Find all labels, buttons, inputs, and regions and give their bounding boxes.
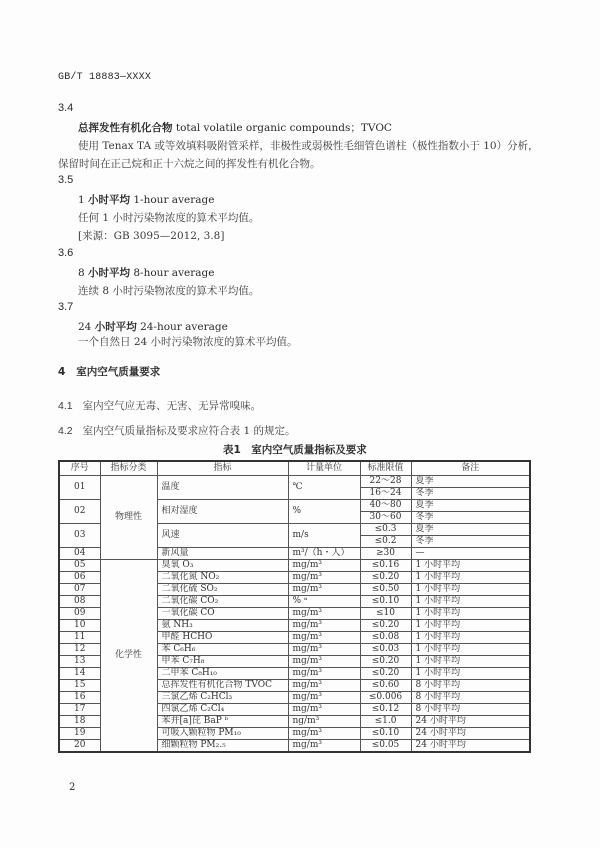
clause-number: 4.2 bbox=[58, 425, 73, 437]
cell-no: 02 bbox=[59, 500, 100, 524]
cell-note: 1 小时平均 bbox=[411, 644, 530, 656]
cell-unit: mg/m³ bbox=[288, 632, 360, 644]
cell-unit: mg/m³ bbox=[288, 620, 360, 632]
cell-note: 夏季 bbox=[411, 500, 530, 512]
cell-unit: mg/m³ bbox=[288, 656, 360, 668]
cell-note: 8 小时平均 bbox=[411, 704, 530, 716]
cell-indicator: 氨 NH₃ bbox=[157, 620, 288, 632]
cell-indicator: 二氧化硫 SO₂ bbox=[157, 584, 288, 596]
cell-no: 20 bbox=[59, 740, 100, 753]
term-en: 24-hour average bbox=[140, 321, 228, 333]
cell-limit: ≤0.006 bbox=[360, 692, 411, 704]
term-3-7: 24 小时平均 24-hour average bbox=[78, 319, 228, 334]
cell-unit: mg/m³ bbox=[288, 740, 360, 753]
term-prefix: 1 bbox=[78, 194, 85, 206]
cell-no: 14 bbox=[59, 668, 100, 680]
cell-unit: m/s bbox=[288, 524, 360, 548]
cell-no: 07 bbox=[59, 584, 100, 596]
cell-unit: ng/m³ bbox=[288, 716, 360, 728]
cell-note: 1 小时平均 bbox=[411, 560, 530, 572]
cell-indicator: 二氧化氮 NO₂ bbox=[157, 572, 288, 584]
term-en: 8-hour average bbox=[133, 267, 214, 279]
cell-no: 10 bbox=[59, 620, 100, 632]
definition-line-2: 保留时间在正己烷和正十六烷之间的挥发性有机化合物。 bbox=[58, 156, 321, 171]
section-title: 室内空气质量要求 bbox=[76, 366, 160, 378]
cell-unit: mg/m³ bbox=[288, 608, 360, 620]
cell-limit: ≤0.08 bbox=[360, 632, 411, 644]
term-prefix: 8 bbox=[78, 267, 85, 279]
term-3-5: 1 小时平均 1-hour average bbox=[78, 192, 214, 207]
header-indicator: 指标 bbox=[157, 461, 288, 476]
cell-limit: ≤0.05 bbox=[360, 740, 411, 753]
cell-unit: mg/m³ bbox=[288, 560, 360, 572]
cell-indicator: 甲醛 HCHO bbox=[157, 632, 288, 644]
cell-no: 13 bbox=[59, 656, 100, 668]
section-heading-4: 4 室内空气质量要求 bbox=[58, 364, 160, 379]
cell-note: 1 小时平均 bbox=[411, 596, 530, 608]
cell-indicator: 二氧化碳 CO₂ bbox=[157, 596, 288, 608]
table-row: 05 化学性 臭氧 O₃ mg/m³ ≤0.16 1 小时平均 bbox=[59, 560, 530, 572]
cell-note: 1 小时平均 bbox=[411, 632, 530, 644]
definition-3-6: 连续 8 小时污染物浓度的算术平均值。 bbox=[78, 283, 259, 298]
cell-note: 24 小时平均 bbox=[411, 716, 530, 728]
clause-text: 室内空气应无毒、无害、无异常嗅味。 bbox=[83, 400, 262, 412]
cell-no: 08 bbox=[59, 596, 100, 608]
section-number: 4 bbox=[58, 366, 65, 378]
cell-limit: ≤0.03 bbox=[360, 644, 411, 656]
clause-4-2: 4.2 室内空气质量指标及要求应符合表 1 的规定。 bbox=[58, 423, 295, 438]
cell-note: 夏季 bbox=[411, 476, 530, 488]
cell-note: 1 小时平均 bbox=[411, 608, 530, 620]
cell-indicator: 相对湿度 bbox=[157, 500, 288, 524]
term-cn: 总挥发性有机化合物 bbox=[78, 122, 173, 134]
term-en: 1-hour average bbox=[133, 194, 214, 206]
table-caption: 表1 室内空气质量指标及要求 bbox=[223, 442, 367, 457]
cell-indicator: 甲苯 C₇H₈ bbox=[157, 656, 288, 668]
cell-note: 1 小时平均 bbox=[411, 656, 530, 668]
document-code-header: GB/T 18883—XXXX bbox=[58, 72, 151, 83]
cell-unit: m³/（h・人） bbox=[288, 548, 360, 560]
cell-note: — bbox=[411, 548, 530, 560]
cell-indicator: 苯 C₆H₆ bbox=[157, 644, 288, 656]
clause-number-3-7: 3.7 bbox=[58, 301, 73, 313]
table-row: 01 物理性 温度 ℃ 22～28 夏季 bbox=[59, 476, 530, 488]
clause-number: 4.1 bbox=[58, 400, 73, 412]
clause-text: 室内空气质量指标及要求应符合表 1 的规定。 bbox=[83, 425, 296, 437]
cell-no: 11 bbox=[59, 632, 100, 644]
cell-limit: ≤0.60 bbox=[360, 680, 411, 692]
cell-unit: % ᵃ bbox=[288, 596, 360, 608]
cell-indicator: 三氯乙烯 C₂HCl₃ bbox=[157, 692, 288, 704]
clause-number-3-4: 3.4 bbox=[58, 102, 73, 114]
cell-note: 1 小时平均 bbox=[411, 572, 530, 584]
cell-note: 冬季 bbox=[411, 512, 530, 524]
cell-limit: ≤0.12 bbox=[360, 704, 411, 716]
cell-indicator: 可吸入颗粒物 PM₁₀ bbox=[157, 728, 288, 740]
cell-limit: ≤0.10 bbox=[360, 596, 411, 608]
definition-3-7: 一个自然日 24 小时污染物浓度的算术平均值。 bbox=[78, 334, 298, 349]
header-no: 序号 bbox=[59, 461, 100, 476]
cell-no: 17 bbox=[59, 704, 100, 716]
cell-indicator: 臭氧 O₃ bbox=[157, 560, 288, 572]
source-3-5: [来源：GB 3095—2012, 3.8] bbox=[78, 228, 224, 243]
cell-no: 04 bbox=[59, 548, 100, 560]
air-quality-table: 序号 指标分类 指标 计量单位 标准限值 备注 01 物理性 温度 ℃ 22～2… bbox=[58, 460, 531, 753]
cell-unit: mg/m³ bbox=[288, 728, 360, 740]
cell-limit: ≤0.3 bbox=[360, 524, 411, 536]
cell-no: 05 bbox=[59, 560, 100, 572]
term-prefix: 24 bbox=[78, 321, 91, 333]
cell-limit: ≤10 bbox=[360, 608, 411, 620]
header-category: 指标分类 bbox=[100, 461, 157, 476]
cell-indicator: 二甲苯 C₈H₁₀ bbox=[157, 668, 288, 680]
cell-note: 8 小时平均 bbox=[411, 692, 530, 704]
clause-4-1: 4.1 室内空气应无毒、无害、无异常嗅味。 bbox=[58, 398, 261, 413]
cell-no: 19 bbox=[59, 728, 100, 740]
cell-indicator: 苯并[a]芘 BaP ᵇ bbox=[157, 716, 288, 728]
cell-indicator: 风速 bbox=[157, 524, 288, 548]
cell-no: 03 bbox=[59, 524, 100, 548]
term-cn: 小时平均 bbox=[88, 194, 130, 206]
cell-category-chemical: 化学性 bbox=[100, 560, 157, 753]
definition-line-1: 使用 Tenax TA 或等效填料吸附管采样，非极性或弱极性毛细管色谱柱（极性指… bbox=[78, 138, 539, 153]
cell-limit: ≤0.2 bbox=[360, 536, 411, 548]
cell-no: 01 bbox=[59, 476, 100, 500]
term-3-6: 8 小时平均 8-hour average bbox=[78, 265, 214, 280]
cell-unit: % bbox=[288, 500, 360, 524]
cell-note: 冬季 bbox=[411, 536, 530, 548]
clause-number-3-6: 3.6 bbox=[58, 247, 73, 259]
header-limit: 标准限值 bbox=[360, 461, 411, 476]
cell-indicator: 细颗粒物 PM₂.₅ bbox=[157, 740, 288, 753]
cell-limit: ≤1.0 bbox=[360, 716, 411, 728]
cell-limit: ≤0.20 bbox=[360, 620, 411, 632]
cell-indicator: 一氧化碳 CO bbox=[157, 608, 288, 620]
cell-note: 1 小时平均 bbox=[411, 584, 530, 596]
cell-note: 夏季 bbox=[411, 524, 530, 536]
cell-no: 16 bbox=[59, 692, 100, 704]
cell-no: 18 bbox=[59, 716, 100, 728]
cell-limit: 16～24 bbox=[360, 488, 411, 500]
cell-limit: 22～28 bbox=[360, 476, 411, 488]
term-cn: 小时平均 bbox=[95, 321, 137, 333]
term-3-4: 总挥发性有机化合物 total volatile organic compoun… bbox=[78, 120, 392, 135]
clause-number-3-5: 3.5 bbox=[58, 174, 73, 186]
cell-note: 冬季 bbox=[411, 488, 530, 500]
cell-note: 1 小时平均 bbox=[411, 620, 530, 632]
cell-note: 24 小时平均 bbox=[411, 740, 530, 753]
definition-3-5: 任何 1 小时污染物浓度的算术平均值。 bbox=[78, 210, 259, 225]
cell-no: 12 bbox=[59, 644, 100, 656]
cell-limit: ≤0.50 bbox=[360, 584, 411, 596]
cell-limit: 40～80 bbox=[360, 500, 411, 512]
cell-limit: ≤0.20 bbox=[360, 668, 411, 680]
cell-no: 09 bbox=[59, 608, 100, 620]
cell-limit: ≤0.20 bbox=[360, 656, 411, 668]
header-note: 备注 bbox=[411, 461, 530, 476]
cell-indicator: 新风量 bbox=[157, 548, 288, 560]
term-cn: 小时平均 bbox=[88, 267, 130, 279]
cell-no: 06 bbox=[59, 572, 100, 584]
cell-indicator: 四氯乙烯 C₂Cl₄ bbox=[157, 704, 288, 716]
cell-note: 24 小时平均 bbox=[411, 728, 530, 740]
cell-unit: ℃ bbox=[288, 476, 360, 500]
cell-indicator: 总挥发性有机化合物 TVOC bbox=[157, 680, 288, 692]
cell-unit: mg/m³ bbox=[288, 572, 360, 584]
cell-unit: mg/m³ bbox=[288, 704, 360, 716]
cell-note: 1 小时平均 bbox=[411, 668, 530, 680]
cell-no: 15 bbox=[59, 680, 100, 692]
page-number: 2 bbox=[69, 782, 75, 793]
cell-limit: ≥30 bbox=[360, 548, 411, 560]
cell-unit: mg/m³ bbox=[288, 668, 360, 680]
cell-unit: mg/m³ bbox=[288, 692, 360, 704]
cell-unit: mg/m³ bbox=[288, 584, 360, 596]
table-header-row: 序号 指标分类 指标 计量单位 标准限值 备注 bbox=[59, 461, 530, 476]
cell-unit: mg/m³ bbox=[288, 644, 360, 656]
cell-note: 8 小时平均 bbox=[411, 680, 530, 692]
term-en: total volatile organic compounds；TVOC bbox=[176, 122, 392, 134]
cell-limit: ≤0.20 bbox=[360, 572, 411, 584]
cell-unit: mg/m³ bbox=[288, 680, 360, 692]
cell-limit: ≤0.10 bbox=[360, 728, 411, 740]
cell-category-physical: 物理性 bbox=[100, 476, 157, 560]
cell-limit: 30～60 bbox=[360, 512, 411, 524]
header-unit: 计量单位 bbox=[288, 461, 360, 476]
cell-limit: ≤0.16 bbox=[360, 560, 411, 572]
cell-indicator: 温度 bbox=[157, 476, 288, 500]
